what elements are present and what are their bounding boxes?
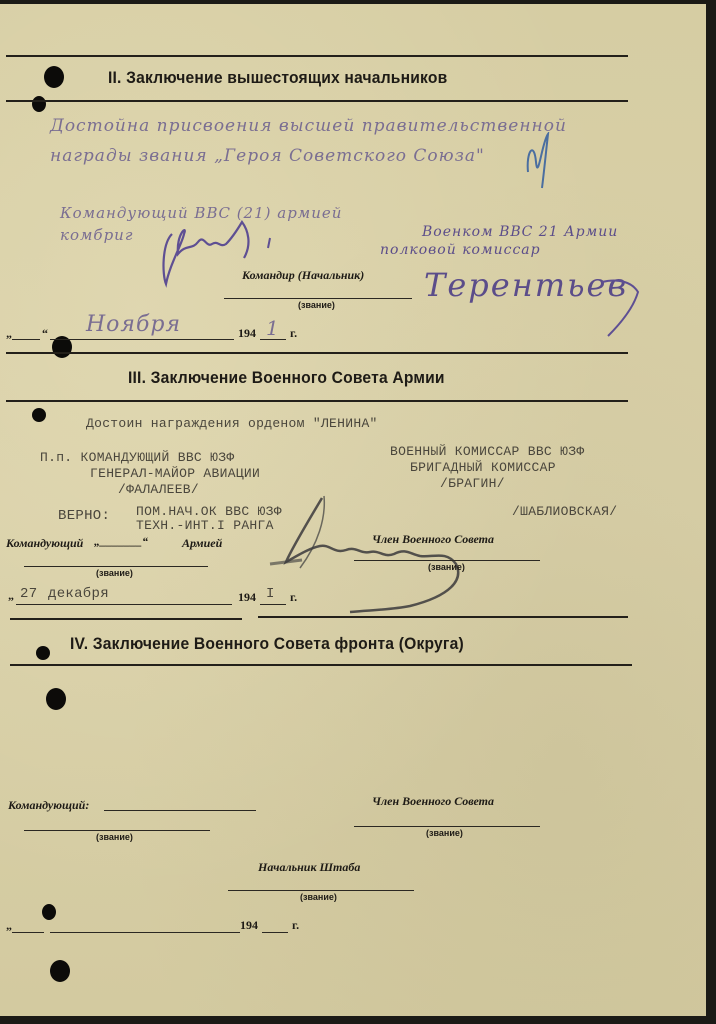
date-quote: „ (8, 588, 14, 603)
commander-label: Командир (Начальник) (242, 268, 364, 283)
handwritten-conclusion-line-1: Достойна присвоения высшей правительстве… (50, 116, 567, 136)
front-commander-label: Командующий: (8, 798, 89, 813)
punch-hole (42, 904, 56, 920)
rank-signature-line-left (24, 830, 210, 831)
section-divider-right (258, 616, 628, 618)
rank-label-right: (звание) (426, 828, 463, 838)
punch-hole (44, 66, 64, 88)
punch-hole (50, 960, 70, 982)
punch-hole (32, 96, 46, 112)
rank-label: (звание) (298, 300, 335, 310)
date-month-handwritten: Ноября (86, 312, 181, 337)
date-month-line (50, 339, 234, 340)
typed-conclusion: Достоин награждения орденом "ЛЕНИНА" (86, 416, 378, 431)
section-divider (10, 664, 632, 666)
section-2-heading: II. Заключение вышестоящих начальников (108, 68, 447, 88)
punch-hole (32, 408, 46, 422)
date-year-prefix: 194 (238, 590, 256, 605)
verified-label: ВЕРНО: (58, 508, 110, 524)
right-signatory-line-1: ВОЕННЫЙ КОМИССАР ВВС ЮЗФ (390, 444, 584, 459)
date-quote: „ (6, 918, 12, 933)
date-year-suffix: г. (290, 326, 297, 341)
rank-signature-line-left (24, 566, 208, 567)
rank-signature-line (224, 298, 412, 299)
chief-of-staff-label: Начальник Штаба (258, 860, 360, 875)
army-commander-quote: „_______“ (94, 534, 148, 549)
date-day-line (12, 339, 40, 340)
section-divider (6, 400, 628, 402)
handwritten-commissar-title-line-2: полковой комиссар (380, 242, 541, 258)
rank-label-left: (звание) (96, 568, 133, 578)
date-day-line (12, 932, 44, 933)
left-signatory-name: /ФАЛАЛЕЕВ/ (118, 482, 199, 497)
rank-label-left: (звание) (96, 832, 133, 842)
left-signatory-line-2: ГЕНЕРАЛ-МАЙОР АВИАЦИИ (90, 466, 260, 481)
verified-line-2: ТЕХН.-ИНТ.I РАНГА (136, 518, 274, 533)
punch-hole (36, 646, 50, 660)
army-label: Армией (182, 536, 222, 551)
section-3-heading: III. Заключение Военного Совета Армии (128, 368, 445, 388)
date-year-line (262, 932, 288, 933)
date-month-line (50, 932, 240, 933)
date-line (16, 604, 232, 605)
right-signatory-line-2: БРИГАДНЫЙ КОМИССАР (410, 460, 556, 475)
section-4-heading: IV. Заключение Военного Совета фронта (О… (70, 634, 464, 654)
date-year-line (260, 604, 286, 605)
date-day: 27 (20, 586, 37, 602)
date-year-digit: I (266, 586, 275, 602)
section-divider (6, 100, 628, 102)
date-year-prefix: 194 (238, 326, 256, 341)
front-council-member-label: Член Военного Совета (372, 794, 494, 809)
section-divider (6, 352, 628, 354)
commissar-signature-tail (598, 272, 648, 342)
date-year-suffix: г. (292, 918, 299, 933)
front-commander-line (104, 810, 256, 811)
handwritten-commissar-title-line-1: Военком ВВС 21 Армии (422, 224, 618, 240)
handwritten-commander-title-line-2: комбриг (60, 226, 133, 244)
left-signatory-line-1: П.п. КОМАНДУЮЩИЙ ВВС ЮЗФ (40, 450, 234, 465)
section-divider-left (10, 618, 242, 620)
army-commander-label: Командующий (6, 536, 83, 551)
handwritten-conclusion-line-2: награды звания „Героя Советского Союза" (50, 146, 485, 166)
verified-name: /ШАБЛИОВСКАЯ/ (512, 504, 617, 519)
date-year-prefix: 194 (240, 918, 258, 933)
date-year-suffix: г. (290, 590, 297, 605)
rank-label-center: (звание) (300, 892, 337, 902)
date-quote-close: “ (42, 326, 48, 341)
rank-label-right: (звание) (428, 562, 465, 572)
section-divider (6, 55, 628, 57)
date-month: декабря (48, 586, 109, 602)
punch-hole (46, 688, 66, 710)
document-page: II. Заключение вышестоящих начальников Д… (0, 4, 706, 1016)
verification-mark-icon (518, 132, 558, 192)
rank-signature-line-center (228, 890, 414, 891)
rank-signature-line-right (354, 826, 540, 827)
rank-signature-line-right (354, 560, 540, 561)
date-year-handwritten: 1 (266, 316, 280, 340)
